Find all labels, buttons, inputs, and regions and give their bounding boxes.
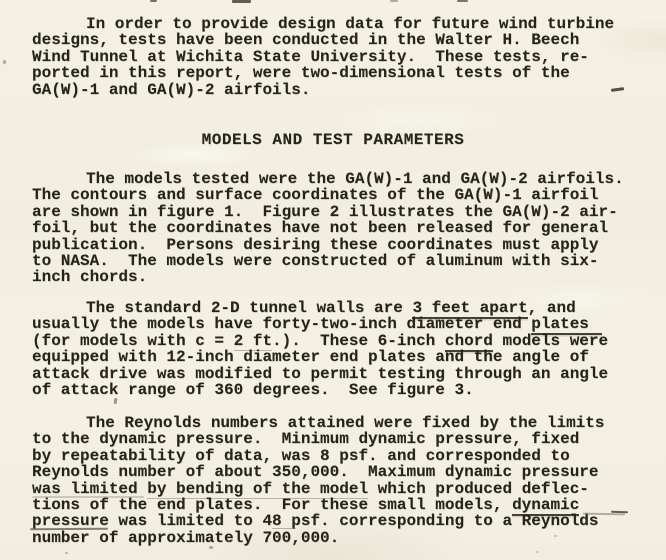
text-run: which produced deflec- — [368, 480, 589, 498]
text-run: models were — [493, 332, 608, 350]
text-run: are shown in figure 1. Figure 2 illustra… — [32, 203, 618, 221]
bottom-speck-b — [65, 552, 68, 554]
bottom-speck-c — [554, 535, 557, 537]
text-run: The Reynolds numbers attained were fixed… — [86, 414, 604, 432]
seven-hundred-overline — [272, 528, 296, 530]
text-run: usually the models have forty-two-inch d… — [32, 315, 531, 333]
text-run: , and — [528, 299, 576, 317]
text-run: was limited — [32, 480, 147, 498]
text-run: to NASA. The models were constructed of … — [32, 252, 599, 270]
text-run: inch chords. — [32, 268, 147, 286]
text-run: Reynolds number of about 350,000. Maximu… — [32, 463, 599, 481]
top-edge-fragment-d — [457, 0, 468, 2]
text-run: In order to provide design data for futu… — [86, 15, 614, 33]
text-run: ported in this report, were two-dimensio… — [32, 64, 570, 82]
text-run: number of approximately 700,000. — [32, 529, 339, 547]
top-edge-fragment-b — [232, 0, 251, 3]
top-edge-fragment-a — [150, 0, 157, 2]
text-run: to the dynamic pressure. Minimum dynamic… — [32, 430, 579, 448]
text-run: (for models with c = — [32, 332, 234, 350]
text-run: designs, tests have been conducted in th… — [32, 31, 579, 49]
paragraph-models: The models tested were the GA(W)-1 and G… — [32, 171, 636, 286]
text-run: pressure was limited to 48 psf. correspo… — [32, 512, 599, 530]
text-run: The standard 2-D tunnel walls are — [86, 299, 412, 317]
text-run: The contours and surface coordinates of … — [32, 186, 599, 204]
top-edge-fragment-c — [390, 0, 398, 2]
bottom-speck-d — [536, 551, 539, 553]
scanned-report-page: In order to provide design data for futu… — [0, 0, 666, 560]
text-run: attack drive was modified to permit test… — [32, 365, 608, 383]
text-run: by repeatability of data, was 8 psf. and… — [32, 447, 570, 465]
bottom-speck-a — [209, 546, 213, 549]
text-run: GA(W)-1 and GA(W)-2 airfoils. — [32, 81, 310, 99]
section-heading: MODELS AND TEST PARAMETERS — [0, 132, 666, 148]
paragraph-tunnel-walls: The standard 2-D tunnel walls are 3 feet… — [32, 300, 636, 398]
was-limited-faint-underline — [32, 496, 144, 498]
text-run: publication. Persons desiring these coor… — [32, 236, 599, 254]
paragraph-intro: In order to provide design data for futu… — [32, 16, 636, 98]
text-run: The models tested were the GA(W)-1 and G… — [86, 170, 624, 188]
left-margin-speck — [3, 60, 7, 65]
text-run: of attack range of 360 degrees. See figu… — [32, 381, 474, 399]
paragraph-reynolds-numbers: The Reynolds numbers attained were fixed… — [32, 415, 636, 546]
attack-apostrophe-speck — [114, 398, 118, 404]
text-run: foil, but the coordinates have not been … — [32, 219, 608, 237]
text-run: .). These 6-inch — [272, 332, 445, 350]
text-run: tions of the end plates. For these small… — [32, 496, 512, 514]
text-run: Wind Tunnel at Wichita State University.… — [32, 48, 589, 66]
text-run: equipped with 12-inch diameter end plate… — [32, 348, 589, 366]
